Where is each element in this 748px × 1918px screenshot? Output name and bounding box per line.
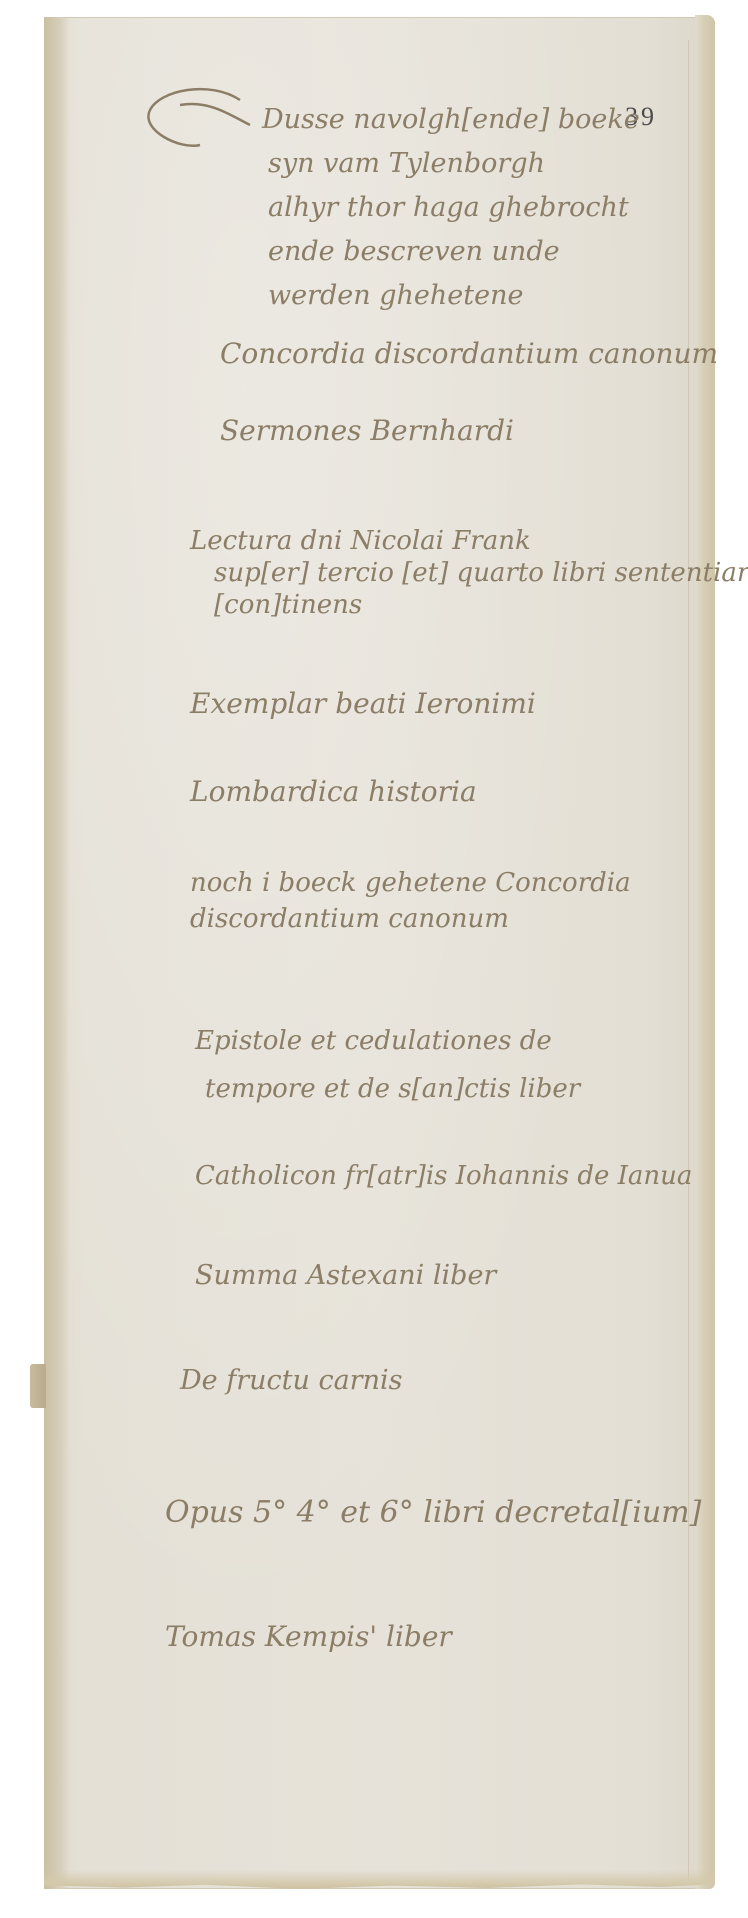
leaf-left-edge (44, 17, 70, 1889)
entry-line: Tomas Kempis' liber (165, 1623, 452, 1651)
entry-line: syn vam Tylenborgh (268, 142, 640, 186)
entry-item: Lectura dni Nicolai Frank sup[er] tercio… (190, 525, 748, 621)
entry-item: Lombardica historia (190, 778, 477, 806)
entry-line: discordantium canonum (190, 901, 631, 937)
binding-rule (688, 40, 689, 1880)
entry-line: sup[er] tercio [et] quarto libri sentent… (214, 557, 748, 589)
leaf-right-edge (695, 15, 715, 1889)
entry-line: Opus 5° 4° et 6° libri decretal[ium] (165, 1498, 701, 1528)
entry-item: Sermones Bernhardi (220, 417, 514, 445)
entry-item: Epistole et cedulationes de tempore et d… (195, 1017, 580, 1113)
entry-line: De fructu carnis (180, 1367, 402, 1394)
entry-line: Epistole et cedulationes de (195, 1017, 580, 1065)
entry-line: Sermones Bernhardi (220, 417, 514, 445)
entry-item: Catholicon fr[atr]is Iohannis de Ianua (195, 1163, 692, 1189)
entry-item: Concordia discordantium canonum (220, 340, 718, 368)
entry-line: alhyr thor haga ghebrocht (268, 186, 640, 230)
entry-line: Lectura dni Nicolai Frank (190, 525, 748, 557)
entry-item: Summa Astexani liber (195, 1262, 496, 1289)
entry-line: Concordia discordantium canonum (220, 340, 718, 368)
binding-tab-fragment (30, 1364, 46, 1408)
entry-line: tempore et de s[an]ctis liber (205, 1065, 580, 1113)
entry-item: noch i boeck gehetene Concordia discorda… (190, 865, 631, 937)
entry-item: Exemplar beati Ieronimi (190, 690, 536, 718)
entry-line: ende bescreven unde (268, 230, 640, 274)
entry-item: Opus 5° 4° et 6° libri decretal[ium] (165, 1498, 701, 1528)
entry-line: [con]tinens (214, 589, 748, 621)
entry-line: Exemplar beati Ieronimi (190, 690, 536, 718)
entry-line: Lombardica historia (190, 778, 477, 806)
entry-line: Summa Astexani liber (195, 1262, 496, 1289)
entry-line: Dusse navolgh[ende] boeke (262, 98, 640, 142)
entry-line: noch i boeck gehetene Concordia (190, 865, 631, 901)
entry-item: De fructu carnis (180, 1367, 402, 1394)
entry-line: Catholicon fr[atr]is Iohannis de Ianua (195, 1163, 692, 1189)
entry-heading: Dusse navolgh[ende] boeke syn vam Tylenb… (262, 98, 640, 318)
entry-line: werden ghehetene (268, 274, 640, 318)
entry-item: Tomas Kempis' liber (165, 1623, 452, 1651)
